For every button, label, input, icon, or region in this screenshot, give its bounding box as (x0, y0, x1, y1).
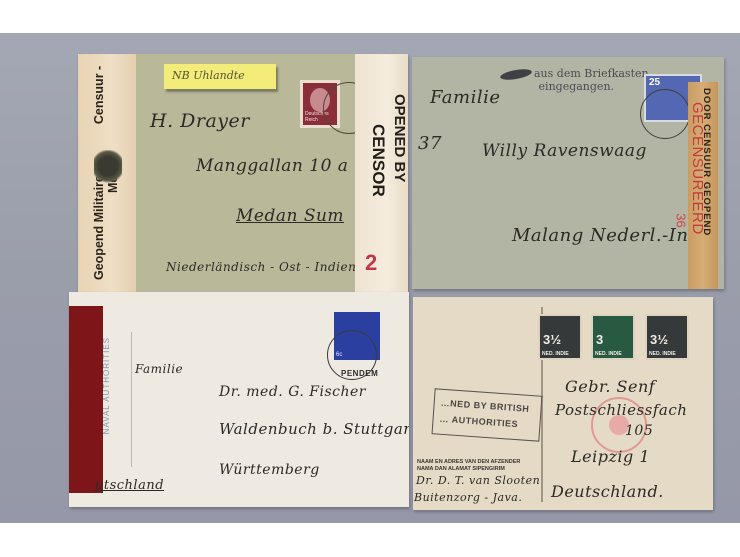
address-line: Familie (430, 87, 501, 108)
sender-label-line2: NAMA DAN ALAMAT SIPENGIRIM (417, 466, 520, 473)
cachet-line1: …NED BY BRITISH (440, 398, 529, 414)
address-line: Württemberg (219, 462, 320, 478)
british-censor-cachet: …NED BY BRITISH … AUTHORITIES (432, 388, 543, 441)
censor-band-medan: Geopend Militaire Censuur - Medan (78, 54, 136, 292)
stamp-value: 3½ (650, 332, 668, 347)
address-line: Leipzig 1 (571, 447, 650, 466)
sticky-note: NB Uhlandte (164, 64, 276, 89)
address-line: H. Drayer (150, 110, 250, 132)
address-line: Dr. med. G. Fischer (219, 384, 366, 400)
address-line: Medan Sum (236, 206, 344, 226)
naval-authorities-text: NAVAL AUTHORITIES (102, 337, 111, 434)
address-line: Postschliessfach (555, 401, 687, 419)
address-line: 105 (625, 423, 653, 439)
sender-label: NAAM EN ADRES VAN DEN AFZENDER NAMA DAN … (417, 459, 520, 473)
stamp-caption: NED. INDIE (595, 351, 622, 357)
sticky-note-text: NB Uhlandte (172, 69, 245, 82)
address-line: Gebr. Senf (565, 377, 655, 396)
sender-label-line1: NAAM EN ADRES VAN DEN AFZENDER (417, 459, 520, 466)
address-line: Waldenbuch b. Stuttgart (219, 420, 409, 438)
photograph: Geopend Militaire Censuur - Medan NB Uhl… (0, 33, 740, 523)
cachet-line1: aus dem Briefkasten (504, 67, 649, 80)
stamp: 3NED. INDIE (591, 314, 635, 360)
address-line: Deutschland. (551, 482, 664, 501)
letterbox-cachet: aus dem Briefkasten eingegangen. (504, 67, 649, 93)
postmark-icon (640, 89, 690, 139)
stamp-value: 25 (649, 77, 660, 88)
stamp-value: 3 (596, 332, 603, 347)
marginal-number: 37 (418, 133, 442, 154)
sender-line: Buitenzorg - Java. (414, 491, 522, 504)
cover-top-right: aus dem Briefkasten eingegangen. 25 Fami… (412, 57, 724, 289)
stamp: 3½NED. INDIE (645, 314, 689, 360)
cachet-line2: … AUTHORITIES (439, 414, 518, 429)
crest-icon (94, 150, 122, 186)
sender-line: Dr. D. T. van Slooten (416, 474, 540, 487)
censor-text-censor: CENSOR (368, 124, 388, 197)
censor-number: 2 (365, 250, 377, 276)
red-censor-band (69, 306, 103, 493)
stamp-caption: NED. INDIE (649, 351, 676, 357)
address-line: Willy Ravenswaag (482, 141, 647, 161)
stamp: 3½NED. INDIE (538, 314, 582, 360)
cover-bottom-left: NAVAL AUTHORITIES 6c PENDEM Familie Dr. … (69, 292, 409, 507)
sender-note: Familie (135, 362, 183, 376)
censor-band-opened-by-censor: OPENED BY CENSOR 2 (355, 54, 408, 292)
cover-bottom-right: 3½NED. INDIE 3NED. INDIE 3½NED. INDIE …N… (413, 297, 713, 510)
cachet-line2: eingegangen. (504, 80, 649, 93)
country-line: utschland (95, 478, 164, 493)
stamp-caption: NED. INDIE (542, 351, 569, 357)
cover-top-left: Geopend Militaire Censuur - Medan NB Uhl… (78, 54, 408, 292)
address-line: Manggallan 10 a (196, 156, 348, 176)
censor-band-gecensureerd: DOOR CENSUUR GEOPEND GECENSUREERD (688, 82, 718, 289)
address-line: Niederländisch - Ost - Indien (166, 260, 356, 274)
postmark-text: PENDEM (341, 369, 378, 378)
censor-band-line1: Geopend Militaire (92, 175, 106, 280)
stamp-value: 3½ (543, 332, 561, 347)
address-line: Malang Nederl.-Ind. (512, 225, 707, 246)
censor-band-line2: GECENSUREERD (689, 102, 706, 235)
censor-text-opened-by: OPENED BY (391, 94, 408, 182)
censor-number: 36 (674, 213, 689, 227)
fold-line (131, 332, 132, 467)
